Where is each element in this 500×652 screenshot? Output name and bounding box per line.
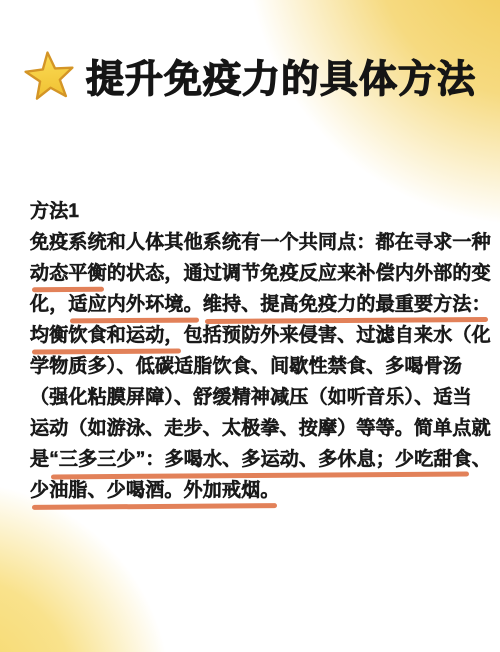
underlined-text: 适应内外环境。 bbox=[68, 289, 202, 320]
plain-text: 是 bbox=[30, 444, 49, 475]
plain-text: 的状态，通过调节免疫反应来补偿内外部的变 bbox=[107, 258, 491, 289]
underlined-text: 维持、提高免疫力的最重要方法： bbox=[203, 289, 491, 320]
plain-text: 学物质多）、低碳适脂饮食、间歇性禁食、多喝骨汤 bbox=[30, 351, 462, 382]
underlined-text: 均衡饮食和运动， bbox=[30, 320, 184, 351]
underlined-text: “三多三少”：多喝水、多运动、多休息；少吃甜食 bbox=[49, 444, 472, 475]
method-section: 方法1 免疫系统和人体其他系统有一个共同点：都在寻求一种动态平衡的状态，通过调节… bbox=[30, 196, 478, 506]
underlined-text: 动态平衡 bbox=[30, 258, 107, 289]
page-header: 提升免疫力的具体方法 bbox=[22, 48, 476, 103]
text-line: 是“三多三少”：多喝水、多运动、多休息；少吃甜食、 bbox=[30, 444, 478, 475]
text-line: 动态平衡的状态，通过调节免疫反应来补偿内外部的变 bbox=[30, 258, 478, 289]
text-line: 化，适应内外环境。维持、提高免疫力的最重要方法： bbox=[30, 289, 478, 320]
plain-text: 运动（如游泳、走步、太极拳、按摩）等等。简单点就 bbox=[30, 413, 491, 444]
underlined-text: 少油脂、少喝酒。外加戒烟。 bbox=[30, 475, 280, 506]
text-line: （强化粘膜屏障）、舒缓精神减压（如听音乐）、适当 bbox=[30, 382, 478, 413]
plain-text: （强化粘膜屏障）、舒缓精神减压（如听音乐）、适当 bbox=[30, 382, 472, 413]
text-line: 少油脂、少喝酒。外加戒烟。 bbox=[30, 475, 478, 506]
poster-page: 提升免疫力的具体方法 方法1 免疫系统和人体其他系统有一个共同点：都在寻求一种动… bbox=[0, 0, 500, 652]
text-line: 运动（如游泳、走步、太极拳、按摩）等等。简单点就 bbox=[30, 413, 478, 444]
text-line: 免疫系统和人体其他系统有一个共同点：都在寻求一种 bbox=[30, 227, 478, 258]
plain-text: 免疫系统和人体其他系统有一个共同点：都在寻求一种 bbox=[30, 227, 491, 258]
plain-text: 、 bbox=[472, 444, 491, 475]
star-icon bbox=[20, 46, 80, 106]
page-title: 提升免疫力的具体方法 bbox=[86, 48, 476, 103]
method-label: 方法1 bbox=[30, 196, 478, 227]
text-line: 均衡饮食和运动，包括预防外来侵害、过滤自来水（化 bbox=[30, 320, 478, 351]
text-line: 学物质多）、低碳适脂饮食、间歇性禁食、多喝骨汤 bbox=[30, 351, 478, 382]
plain-text: 化， bbox=[30, 289, 68, 320]
plain-text: 包括预防外来侵害、过滤自来水（化 bbox=[184, 320, 491, 351]
body-lines: 免疫系统和人体其他系统有一个共同点：都在寻求一种动态平衡的状态，通过调节免疫反应… bbox=[30, 227, 478, 506]
